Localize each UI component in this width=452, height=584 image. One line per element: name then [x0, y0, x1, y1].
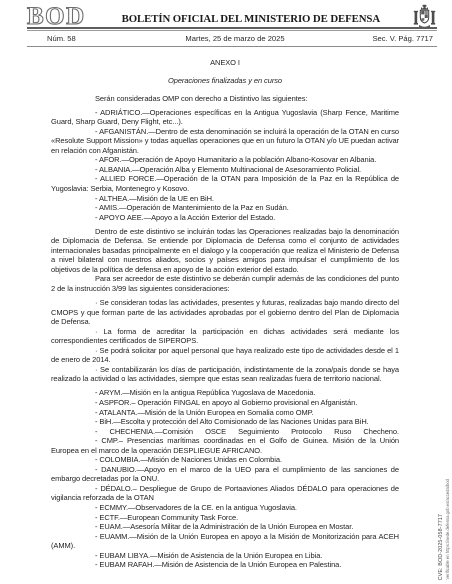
list-item: - EUAMM.—Misión de la Unión Europea en a…	[51, 532, 399, 551]
header-info-row: Núm. 58 Martes, 25 de marzo de 2025 Sec.…	[27, 31, 437, 46]
page-header: BOD BOLETÍN OFICIAL DEL MINISTERIO DE DE…	[0, 0, 452, 47]
document-body: ANEXO I Operaciones finalizadas y en cur…	[0, 58, 452, 570]
spain-coat-of-arms-icon	[412, 4, 437, 31]
issue-date: Martes, 25 de marzo de 2025	[107, 34, 363, 43]
list-item: - DANUBIO.—Apoyo en el marco de la UEO p…	[51, 465, 399, 484]
annex-title: ANEXO I	[51, 58, 399, 68]
cve-code: CVE: BOD-2025-058-7717	[438, 514, 444, 580]
section-page: Sec. V. Pág. 7717	[363, 34, 433, 43]
paragraph: Serán consideradas OMP con derecho a Dis…	[51, 94, 399, 104]
list-item: - ASPFOR.– Operación FINGAL en apoyo al …	[51, 398, 399, 408]
list-item: - EUAM.—Asesoría Militar de la Administr…	[51, 522, 399, 532]
bod-page: BOD BOLETÍN OFICIAL DEL MINISTERIO DE DE…	[0, 0, 452, 584]
list-item: - AMIS.—Operación de Mantenimiento de la…	[51, 203, 399, 213]
list-item: - ALBANIA.—Operación Alba y Elemento Mul…	[51, 165, 399, 175]
list-item: - ECTF.—European Community Task Force.	[51, 513, 399, 523]
list-item: - AFOR.—Operación de Apoyo Humanitario a…	[51, 155, 399, 165]
list-item: - EUBAM RAFAH.—Misión de Asistencia de l…	[51, 560, 399, 570]
list-item: - AFGANISTÁN.—Dentro de esta denominació…	[51, 127, 399, 156]
list-item: - COLOMBIA.—Misión de Naciones Unidas en…	[51, 455, 399, 465]
list-item: - ECMMY.—Observadores de la CE. en la an…	[51, 503, 399, 513]
list-item: - DÉDALO.– Despliegue de Grupo de Portaa…	[51, 484, 399, 503]
bulletin-title: BOLETÍN OFICIAL DEL MINISTERIO DE DEFENS…	[86, 13, 412, 27]
paragraph: Dentro de este distintivo se incluirán t…	[51, 227, 399, 275]
list-item: - CMP.– Presencias marítimas coordinadas…	[51, 436, 399, 455]
header-top-row: BOD BOLETÍN OFICIAL DEL MINISTERIO DE DE…	[27, 4, 437, 27]
bullet-item: · La forma de acreditar la participación…	[51, 327, 399, 346]
list-item: - CHECHENIA.—Comisión OSCE Seguimiento P…	[51, 427, 399, 437]
list-item: - BiH.—Escolta y protección del Alto Com…	[51, 417, 399, 427]
list-item: - APOYO AEE.—Apoyo a la Acción Exterior …	[51, 213, 399, 223]
annex-subtitle: Operaciones finalizadas y en curso	[51, 76, 399, 86]
issue-number: Núm. 58	[47, 34, 107, 43]
list-item: - ALTHEA.—Misión de la UE en BiH.	[51, 194, 399, 204]
paragraph: Para ser acreedor de este distintivo se …	[51, 274, 399, 293]
bod-logo: BOD	[27, 6, 86, 27]
list-item: - EUBAM LIBYA.—Misión de Asistencia de l…	[51, 551, 399, 561]
verification-url: Verificable en https://sede.defensa.gob.…	[445, 479, 450, 580]
list-item: - ARYM.—Misión en la antigua República Y…	[51, 388, 399, 398]
list-item: - ADRIÁTICO.—Operaciones específicas en …	[51, 108, 399, 127]
content-blocks: Serán consideradas OMP con derecho a Dis…	[51, 94, 399, 570]
vertical-sidebar: CVE: BOD-2025-058-7717 Verificable en ht…	[438, 479, 450, 580]
header-thin-rule	[27, 46, 437, 47]
bullet-item: · Se podrá solicitar por aquel personal …	[51, 346, 399, 365]
bullet-item: · Se contabilizarán los días de particip…	[51, 365, 399, 384]
list-item: - ALLIED FORCE.—Operación de la OTAN par…	[51, 174, 399, 193]
bullet-item: · Se consideran todas las actividades, p…	[51, 298, 399, 327]
list-item: - ATALANTA.—Misión de la Unión Europea e…	[51, 408, 399, 418]
